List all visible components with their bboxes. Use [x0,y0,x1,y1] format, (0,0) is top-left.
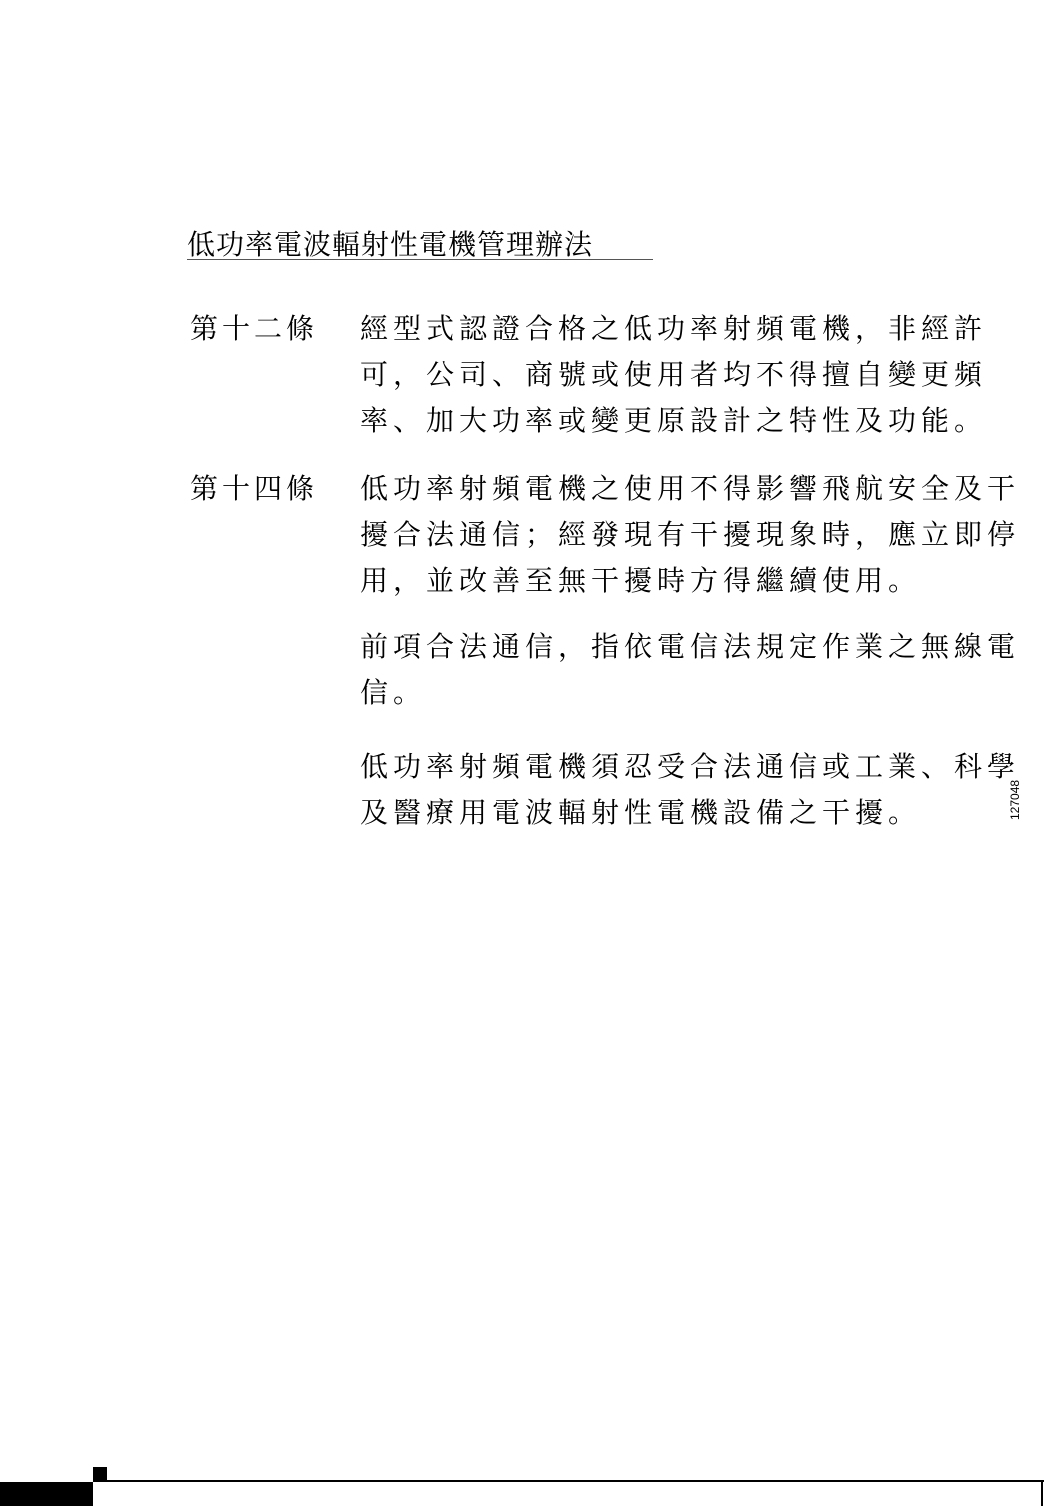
text-line: 信。 [360,670,1030,716]
footer-end-mark [1041,1480,1043,1506]
footer-block [0,1482,93,1506]
text-line: 及醫療用電波輻射性電機設備之干擾。 [360,790,1030,836]
text-line: 擾合法通信；經發現有干擾現象時，應立即停 [360,512,1030,558]
article-paragraph: 前項合法通信，指依電信法規定作業之無線電 信。 [360,624,1030,716]
title-underline [187,259,653,260]
article-paragraph: 低功率射頻電機須忍受合法通信或工業、科學 及醫療用電波輻射性電機設備之干擾。 [360,744,1030,836]
text-line: 經型式認證合格之低功率射頻電機，非經許 [360,306,1030,352]
text-line: 低功率射頻電機須忍受合法通信或工業、科學 [360,744,1030,790]
article-paragraph: 經型式認證合格之低功率射頻電機，非經許 可，公司、商號或使用者均不得擅自變更頻 … [360,306,1030,444]
text-line: 前項合法通信，指依電信法規定作業之無線電 [360,624,1030,670]
text-line: 可，公司、商號或使用者均不得擅自變更頻 [360,352,1030,398]
footer-marker [93,1467,107,1481]
document-title: 低功率電波輻射性電機管理辦法 [187,228,593,262]
article-paragraph: 低功率射頻電機之使用不得影響飛航安全及干 擾合法通信；經發現有干擾現象時，應立即… [360,466,1030,604]
article-label: 第十二條 [190,306,318,352]
article-label: 第十四條 [190,466,318,512]
text-line: 用，並改善至無干擾時方得繼續使用。 [360,558,1030,604]
footer-rule [93,1480,1044,1482]
text-line: 率、加大功率或變更原設計之特性及功能。 [360,398,1030,444]
text-line: 低功率射頻電機之使用不得影響飛航安全及干 [360,466,1030,512]
figure-id: 127048 [1008,780,1022,820]
